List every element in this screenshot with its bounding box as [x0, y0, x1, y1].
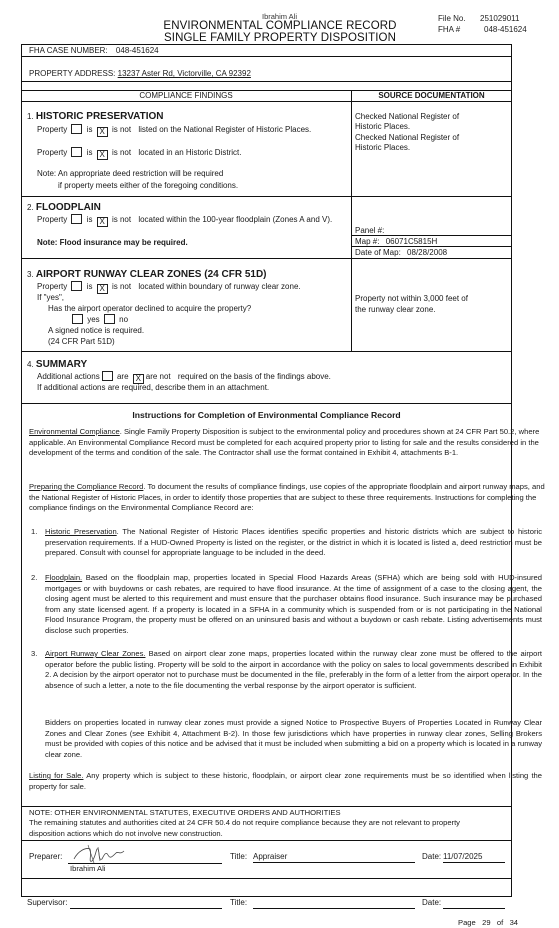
- row-label: Additional actions: [37, 372, 100, 381]
- fha-value: 048-451624: [480, 24, 527, 35]
- divider: [21, 81, 512, 82]
- is-not-label: is not: [112, 125, 131, 134]
- source-line: Property not within 3,000 feet of: [355, 294, 468, 305]
- row-text: required on the basis of the findings ab…: [178, 372, 331, 381]
- column-header-source: SOURCE DOCUMENTATION: [351, 91, 512, 101]
- supervisor-title-value[interactable]: [253, 898, 415, 909]
- is-label: is: [87, 148, 93, 157]
- row-label: Property: [37, 282, 67, 291]
- instructions-item-historic: Historic Preservation. The National Regi…: [45, 527, 542, 559]
- item-heading: Airport Runway Clear Zones.: [45, 649, 145, 658]
- property-address-value[interactable]: 13237 Aster Rd, Victorville, CA 92392: [118, 69, 350, 79]
- is-not-checkbox[interactable]: X: [97, 150, 108, 160]
- supervisor-title-label: Title:: [230, 898, 247, 908]
- is-checkbox[interactable]: [71, 281, 82, 291]
- source-line: Historic Places.: [355, 143, 459, 153]
- header-meta: File No.251029011 FHA #048-451624: [438, 13, 527, 35]
- flood-insurance-note: Note: Flood insurance may be required.: [37, 238, 188, 248]
- panel-number: Panel #:: [355, 226, 384, 236]
- row-label: Property: [37, 148, 67, 157]
- floodplain-row: Property is X is not located within the …: [37, 214, 332, 227]
- divider: [21, 806, 512, 807]
- prep-heading: Preparing the Compliance Record: [29, 482, 143, 491]
- preparer-date-label: Date:: [422, 852, 441, 862]
- item-text: Based on the floodplain map, properties …: [45, 573, 542, 635]
- historic-source: Checked National Register of Historic Pl…: [355, 112, 459, 153]
- item-heading: Historic Preservation: [45, 527, 117, 536]
- preparer-date-value[interactable]: 11/07/2025: [443, 852, 505, 863]
- historic-note-2: if property meets either of the foregoin…: [58, 181, 238, 191]
- divider: [21, 258, 512, 259]
- fha-case-label: FHA CASE NUMBER:: [29, 46, 108, 55]
- section-title: FLOODPLAIN: [36, 202, 101, 213]
- signed-notice: A signed notice is required.: [48, 326, 144, 336]
- section-number: 1.: [27, 112, 34, 121]
- no-checkbox[interactable]: [104, 314, 115, 324]
- divider: [21, 196, 512, 197]
- note-other-heading: NOTE: OTHER ENVIRONMENTAL STATUTES, EXEC…: [29, 808, 341, 817]
- if-yes-label: If "yes",: [37, 293, 64, 303]
- runway-row: Property is X is not located within boun…: [37, 281, 301, 294]
- divider: [21, 878, 512, 879]
- source-line: the runway clear zone.: [355, 305, 468, 316]
- yes-checkbox[interactable]: [72, 314, 83, 324]
- section-airport-runway: 3. AIRPORT RUNWAY CLEAR ZONES (24 CFR 51…: [27, 269, 267, 282]
- item-heading: Floodplain.: [45, 573, 82, 582]
- section-number: 3.: [27, 270, 34, 279]
- env-heading: Environmental Compliance: [29, 427, 120, 436]
- title-line-1: ENVIRONMENTAL COMPLIANCE RECORD: [140, 20, 420, 32]
- is-not-label: is not: [112, 215, 131, 224]
- preparer-label: Preparer:: [29, 852, 62, 862]
- instructions-item-floodplain: Floodplain. Based on the floodplain map,…: [45, 573, 542, 637]
- preparer-name: Ibrahim Ali: [70, 864, 105, 873]
- historic-district-row: Property is X is not located in an Histo…: [37, 147, 241, 160]
- runway-source: Property not within 3,000 feet of the ru…: [355, 294, 468, 315]
- column-header-findings: COMPLIANCE FINDINGS: [21, 91, 351, 101]
- file-no-value: 251029011: [480, 13, 519, 24]
- section-title: HISTORIC PRESERVATION: [36, 111, 164, 122]
- section-summary: 4. SUMMARY: [27, 359, 87, 372]
- listing-text: Any property which is subject to these h…: [29, 771, 542, 791]
- map-number: Map #: 06071C5815H: [355, 237, 437, 247]
- supervisor-date-label: Date:: [422, 898, 441, 908]
- instructions-title: Instructions for Completion of Environme…: [21, 410, 512, 421]
- item-number: 1.: [31, 527, 37, 536]
- source-line: Checked National Register of: [355, 112, 459, 122]
- instructions-env-compliance: Environmental Compliance. Single Family …: [29, 427, 549, 459]
- page-current: 29: [482, 918, 490, 927]
- row-label: Property: [37, 215, 67, 224]
- section-historic-preservation: 1. HISTORIC PRESERVATION: [27, 111, 164, 124]
- instructions-item-airport: Airport Runway Clear Zones. Based on air…: [45, 649, 542, 691]
- page-of-label: of: [497, 918, 503, 927]
- are-label: are: [117, 372, 129, 381]
- map-label: Map #:: [355, 237, 379, 246]
- divider: [21, 351, 512, 352]
- listing-heading: Listing for Sale.: [29, 771, 83, 780]
- supervisor-signature-line[interactable]: [70, 898, 222, 909]
- property-address: PROPERTY ADDRESS: 13237 Aster Rd, Victor…: [29, 69, 350, 79]
- historic-register-row: Property is X is not listed on the Natio…: [37, 124, 311, 137]
- is-checkbox[interactable]: [71, 124, 82, 134]
- is-not-label: is not: [112, 148, 131, 157]
- preparer-title-value[interactable]: Appraiser: [253, 852, 415, 863]
- divider: [21, 101, 512, 102]
- historic-note-1: Note: An appropriate deed restriction wi…: [37, 169, 223, 179]
- is-not-checkbox[interactable]: X: [97, 217, 108, 227]
- section-floodplain: 2. FLOODPLAIN: [27, 202, 101, 215]
- section-number: 4.: [27, 360, 34, 369]
- property-address-label: PROPERTY ADDRESS:: [29, 69, 115, 78]
- yes-no-row: yes no: [70, 314, 128, 325]
- supervisor-label: Supervisor:: [27, 898, 67, 908]
- is-not-checkbox[interactable]: X: [97, 127, 108, 137]
- fha-case-number: FHA CASE NUMBER: 048-451624: [29, 46, 159, 56]
- page-total: 34: [510, 918, 518, 927]
- document-title: ENVIRONMENTAL COMPLIANCE RECORD SINGLE F…: [140, 20, 420, 44]
- preparer-title-label: Title:: [230, 852, 247, 862]
- is-label: is: [87, 125, 93, 134]
- row-text: located in an Historic District.: [138, 148, 241, 157]
- divider: [21, 56, 512, 57]
- panel-label: Panel #:: [355, 226, 384, 235]
- fha-label: FHA #: [438, 24, 480, 35]
- is-checkbox[interactable]: [71, 214, 82, 224]
- instructions-listing: Listing for Sale. Any property which is …: [29, 771, 542, 792]
- is-label: is: [87, 215, 93, 224]
- row-text: located within boundary of runway clear …: [138, 282, 300, 291]
- is-not-checkbox[interactable]: X: [97, 284, 108, 294]
- instructions-bidders: Bidders on properties located in runway …: [45, 718, 542, 760]
- date-of-map-value[interactable]: 08/28/2008: [407, 248, 447, 257]
- row-text: located within the 100-year floodplain (…: [138, 215, 332, 224]
- preparer-signature-line[interactable]: [68, 853, 222, 864]
- title-line-2: SINGLE FAMILY PROPERTY DISPOSITION: [140, 32, 420, 44]
- cfr-reference: (24 CFR Part 51D): [48, 337, 115, 347]
- date-of-map-label: Date of Map:: [355, 248, 401, 257]
- are-checkbox[interactable]: [102, 371, 113, 381]
- no-label: no: [119, 315, 128, 324]
- row-label: Property: [37, 125, 67, 134]
- row-text: listed on the National Register of Histo…: [138, 125, 311, 134]
- section-title: AIRPORT RUNWAY CLEAR ZONES (24 CFR 51D): [36, 269, 267, 280]
- date-of-map: Date of Map: 08/28/2008: [355, 248, 447, 258]
- source-line: Checked National Register of: [355, 133, 459, 143]
- is-checkbox[interactable]: [71, 147, 82, 157]
- section-number: 2.: [27, 203, 34, 212]
- summary-line-2: If additional actions are required, desc…: [37, 383, 269, 393]
- page-indicator: Page 29 of 34: [458, 918, 518, 927]
- airport-question: Has the airport operator declined to acq…: [48, 304, 251, 314]
- is-not-label: is not: [112, 282, 131, 291]
- section-title: SUMMARY: [36, 359, 87, 370]
- file-no-label: File No.: [438, 13, 480, 24]
- map-value[interactable]: 06071C5815H: [386, 237, 438, 246]
- supervisor-date-value[interactable]: [443, 898, 505, 909]
- are-not-label: are not: [146, 372, 171, 381]
- yes-label: yes: [87, 315, 99, 324]
- instructions-preparing: Preparing the Compliance Record. To docu…: [29, 482, 549, 514]
- source-line: Historic Places.: [355, 122, 459, 132]
- is-label: is: [87, 282, 93, 291]
- divider: [21, 403, 512, 404]
- column-divider: [351, 90, 352, 351]
- note-other-text: The remaining statutes and authorities c…: [29, 818, 489, 839]
- item-number: 2.: [31, 573, 37, 582]
- item-number: 3.: [31, 649, 37, 658]
- page-label: Page: [458, 918, 476, 927]
- item-text: . The National Register of Historic Plac…: [45, 527, 542, 557]
- fha-case-value: 048-451624: [116, 46, 159, 55]
